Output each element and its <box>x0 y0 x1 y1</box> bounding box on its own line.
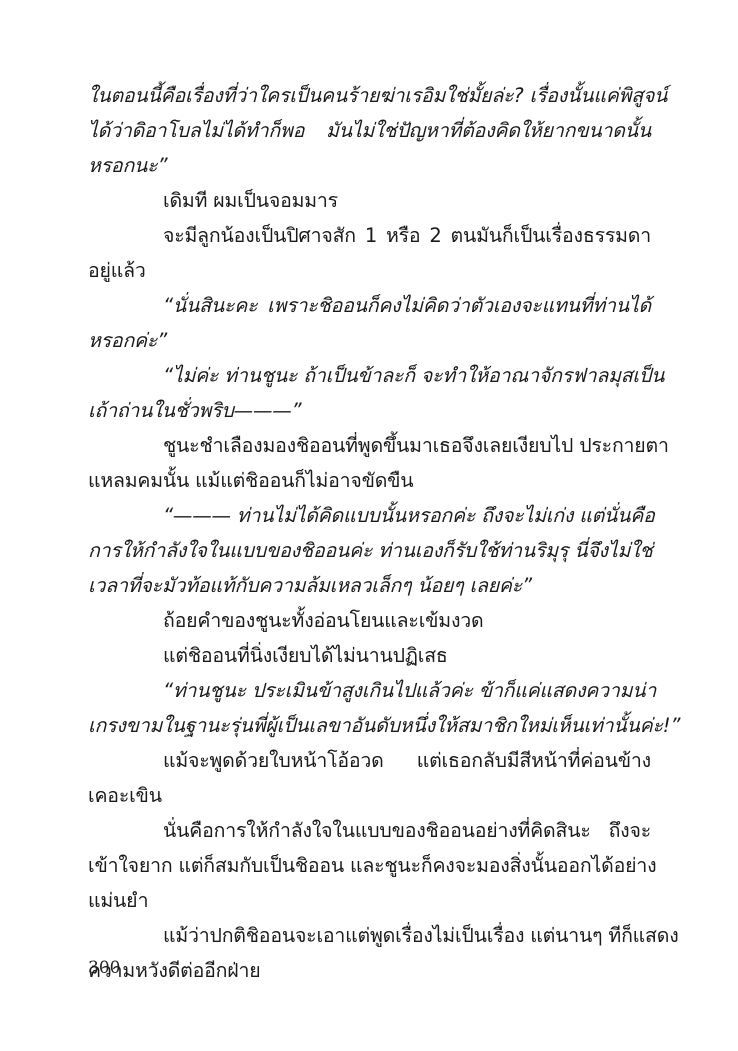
dialogue-line: การให้กำลังใจในแบบของชิออนค่ะ ท่านเองก็ร… <box>88 533 651 568</box>
narration-line: ชูนะชำเลืองมองชิออนที่พูดขึ้นมาเธอจึงเลย… <box>88 428 651 463</box>
book-page-body: ในตอนนี้คือเรื่องที่ว่าใครเป็นคนร้ายฆ่าเ… <box>88 78 651 988</box>
narration-line: เคอะเขิน <box>88 778 651 813</box>
narration-line: จะมีลูกน้องเป็นปิศาจสัก 1 หรือ 2 ตนมันก็… <box>88 218 651 253</box>
narration-line: เข้าใจยาก แต่ก็สมกับเป็นชิออน และชูนะก็ค… <box>88 848 651 883</box>
narration-line: แม้ว่าปกติชิออนจะเอาแต่พูดเรื่องไม่เป็นเ… <box>88 918 651 953</box>
narration-line: ความหวังดีต่ออีกฝ่าย <box>88 953 651 988</box>
dialogue-line: “——— ท่านไม่ได้คิดแบบนั้นหรอกค่ะ ถึงจะไม… <box>88 498 651 533</box>
dialogue-line: หรอกนะ” <box>88 148 651 183</box>
dialogue-line: เกรงขามในฐานะรุ่นพี่ผู้เป็นเลขาอันดับหนึ… <box>88 708 651 743</box>
narration-line: นั่นคือการให้กำลังใจในแบบของชิออนอย่างที… <box>88 813 651 848</box>
dialogue-line: ในตอนนี้คือเรื่องที่ว่าใครเป็นคนร้ายฆ่าเ… <box>88 78 651 113</box>
narration-line: แม่นยำ <box>88 883 651 918</box>
dialogue-line: เถ้าถ่านในชั่วพริบ———” <box>88 393 651 428</box>
narration-line: ถ้อยคำของชูนะทั้งอ่อนโยนและเข้มงวด <box>88 603 651 638</box>
dialogue-line: หรอกค่ะ” <box>88 323 651 358</box>
narration-line: แม้จะพูดด้วยใบหน้าโอ้อวด แต่เธอกลับมีสีห… <box>88 743 651 778</box>
dialogue-line: “ไม่ค่ะ ท่านชูนะ ถ้าเป็นข้าละก็ จะทำให้อ… <box>88 358 651 393</box>
dialogue-line: “นั่นสินะคะ เพราะชิออนก็คงไม่คิดว่าตัวเอ… <box>88 288 651 323</box>
dialogue-line: “ท่านชูนะ ประเมินข้าสูงเกินไปแล้วค่ะ ข้า… <box>88 673 651 708</box>
dialogue-line: เวลาที่จะมัวท้อแท้กับความล้มเหลวเล็กๆ น้… <box>88 568 651 603</box>
narration-line: อยู่แล้ว <box>88 253 651 288</box>
narration-line: แหลมคมนั้น แม้แต่ชิออนก็ไม่อาจขัดขืน <box>88 463 651 498</box>
page-number: 300 <box>88 958 120 978</box>
narration-line: เดิมที ผมเป็นจอมมาร <box>88 183 651 218</box>
dialogue-line: ได้ว่าดิอาโบลไม่ได้ทำก็พอ มันไม่ใช่ปัญหา… <box>88 113 651 148</box>
narration-line: แต่ชิออนที่นิ่งเงียบได้ไม่นานปฏิเสธ <box>88 638 651 673</box>
